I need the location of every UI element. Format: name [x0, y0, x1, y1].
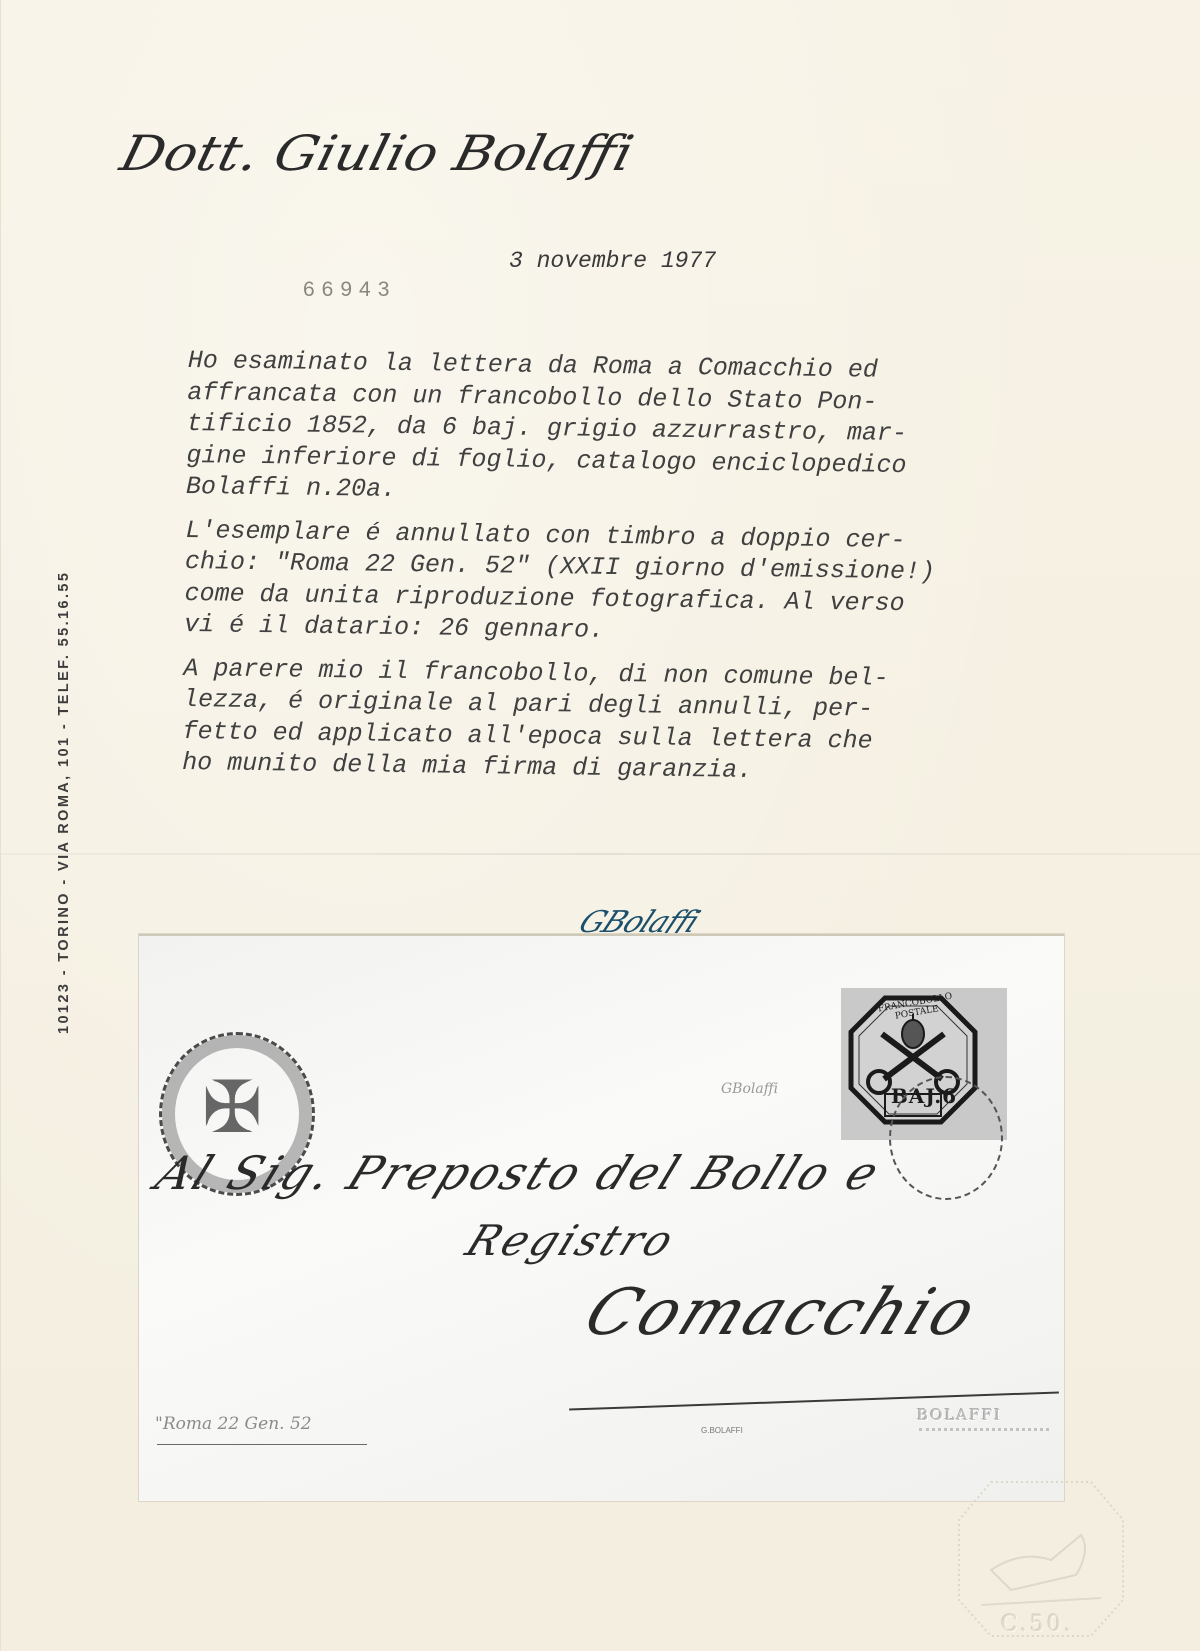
certificate-body: Ho esaminato la lettera da Roma a Comacc… [182, 345, 1018, 802]
emboss-perforation [919, 1428, 1049, 1435]
photographer-mark: G.BOLAFFI [701, 1426, 743, 1435]
certificate-sheet: Dott. Giulio Bolaffi 3 novembre 1977 669… [0, 0, 1200, 1651]
address-line-3: Comacchio [574, 1276, 989, 1350]
pencil-underline [157, 1444, 367, 1445]
crossed-keys-icon: ✠ [202, 1065, 262, 1149]
paragraph-opinion: A parere mio il francobollo, di non comu… [182, 652, 1014, 790]
address-line-1: Al Sig. Preposto del Bollo e [148, 1146, 889, 1200]
pencil-postmark-note: "Roma 22 Gen. 52 [155, 1414, 312, 1434]
embossed-bolaffi-mark: BOLAFFI [917, 1406, 1002, 1424]
page-fold-line [1, 853, 1200, 855]
postmark-circle [889, 1076, 1003, 1200]
address-line-2: Registro [459, 1216, 683, 1265]
pencil-signature: GBolaffi [721, 1081, 778, 1097]
paragraph-cancellation: L'esemplare é annullato con timbro a dop… [184, 514, 1016, 652]
certificate-date: 3 novembre 1977 [509, 248, 716, 274]
embossed-seal-value: C.50. [1001, 1612, 1074, 1637]
letterhead-name: Dott. Giulio Bolaffi [115, 125, 639, 182]
certificate-number: 66943 [303, 278, 396, 302]
side-address: 10123 - TORINO - VIA ROMA, 101 - TELEF. … [56, 571, 72, 1034]
paragraph-description: Ho esaminato la lettera da Roma a Comacc… [186, 345, 1018, 514]
cover-photograph: ✠ FRANCOBOLLO POSTALE BAJ.6 GBolaffi Al … [139, 934, 1064, 1501]
